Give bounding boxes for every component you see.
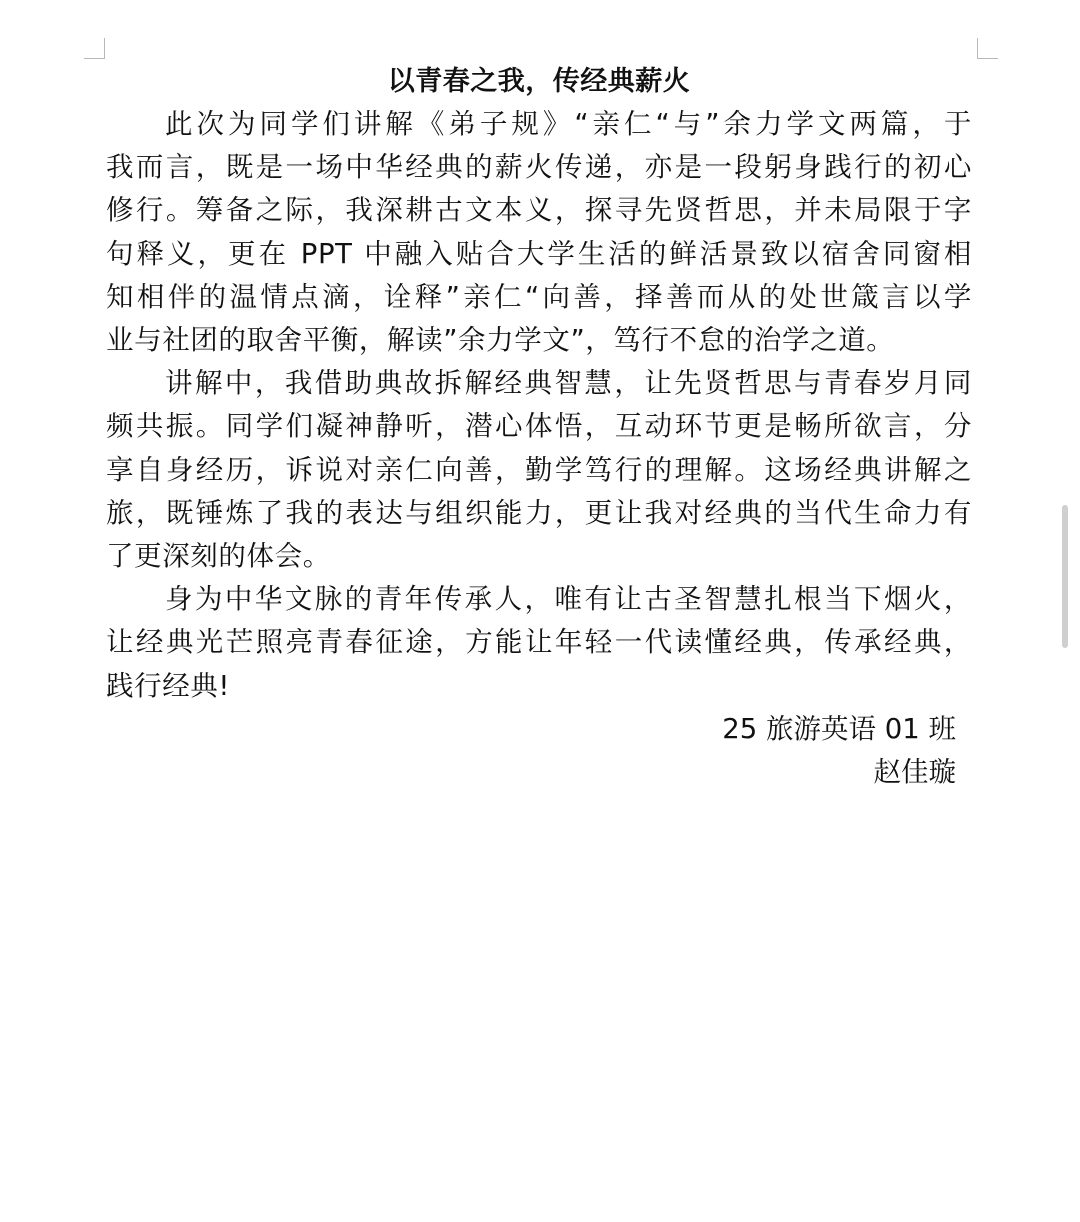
document-title: 以青春之我，传经典薪火: [106, 60, 972, 103]
paragraph-line: 知相伴的温情点滴，诠释”亲仁“向善，择善而从的处世箴言以学: [106, 276, 972, 319]
paragraph-line: 句释义，更在 PPT 中融入贴合大学生活的鲜活景致以宿舍同窗相: [106, 233, 972, 276]
paragraph-line: 修行。筹备之际，我深耕古文本义，探寻先贤哲思，并未局限于字: [106, 189, 972, 232]
paragraph-line: 身为中华文脉的青年传承人，唯有让古圣智慧扎根当下烟火，: [106, 578, 972, 621]
page-corner-mark-top-right: [977, 38, 998, 59]
paragraph-1: 此次为同学们讲解《弟子规》“亲仁“与”余力学文两篇，于 我而言，既是一场中华经典…: [106, 103, 972, 362]
document-page: 以青春之我，传经典薪火 此次为同学们讲解《弟子规》“亲仁“与”余力学文两篇，于 …: [0, 0, 1080, 1222]
paragraph-line: 我而言，既是一场中华经典的薪火传递，亦是一段躬身践行的初心: [106, 146, 972, 189]
vertical-scrollbar[interactable]: [1060, 0, 1072, 1222]
paragraph-line: 讲解中，我借助典故拆解经典智慧，让先贤哲思与青春岁月同: [106, 362, 972, 405]
paragraph-line: 频共振。同学们凝神静听，潜心体悟，互动环节更是畅所欲言，分: [106, 405, 972, 448]
paragraph-3: 身为中华文脉的青年传承人，唯有让古圣智慧扎根当下烟火， 让经典光芒照亮青春征途，…: [106, 578, 972, 708]
paragraph-line: 践行经典!: [106, 665, 972, 708]
signature-author: 赵佳璇: [106, 751, 972, 794]
paragraph-line: 了更深刻的体会。: [106, 535, 972, 578]
scrollbar-thumb[interactable]: [1062, 505, 1068, 648]
paragraph-2: 讲解中，我借助典故拆解经典智慧，让先贤哲思与青春岁月同 频共振。同学们凝神静听，…: [106, 362, 972, 578]
paragraph-line: 业与社团的取舍平衡，解读”余力学文”，笃行不怠的治学之道。: [106, 319, 972, 362]
document-body: 以青春之我，传经典薪火 此次为同学们讲解《弟子规》“亲仁“与”余力学文两篇，于 …: [106, 60, 972, 794]
paragraph-line: 享自身经历，诉说对亲仁向善，勤学笃行的理解。这场经典讲解之: [106, 449, 972, 492]
signature-class: 25 旅游英语 01 班: [106, 708, 972, 751]
paragraph-line: 让经典光芒照亮青春征途，方能让年轻一代读懂经典，传承经典，: [106, 621, 972, 664]
paragraph-line: 旅，既锤炼了我的表达与组织能力，更让我对经典的当代生命力有: [106, 492, 972, 535]
page-corner-mark-top-left: [84, 38, 105, 59]
paragraph-line: 此次为同学们讲解《弟子规》“亲仁“与”余力学文两篇，于: [106, 103, 972, 146]
